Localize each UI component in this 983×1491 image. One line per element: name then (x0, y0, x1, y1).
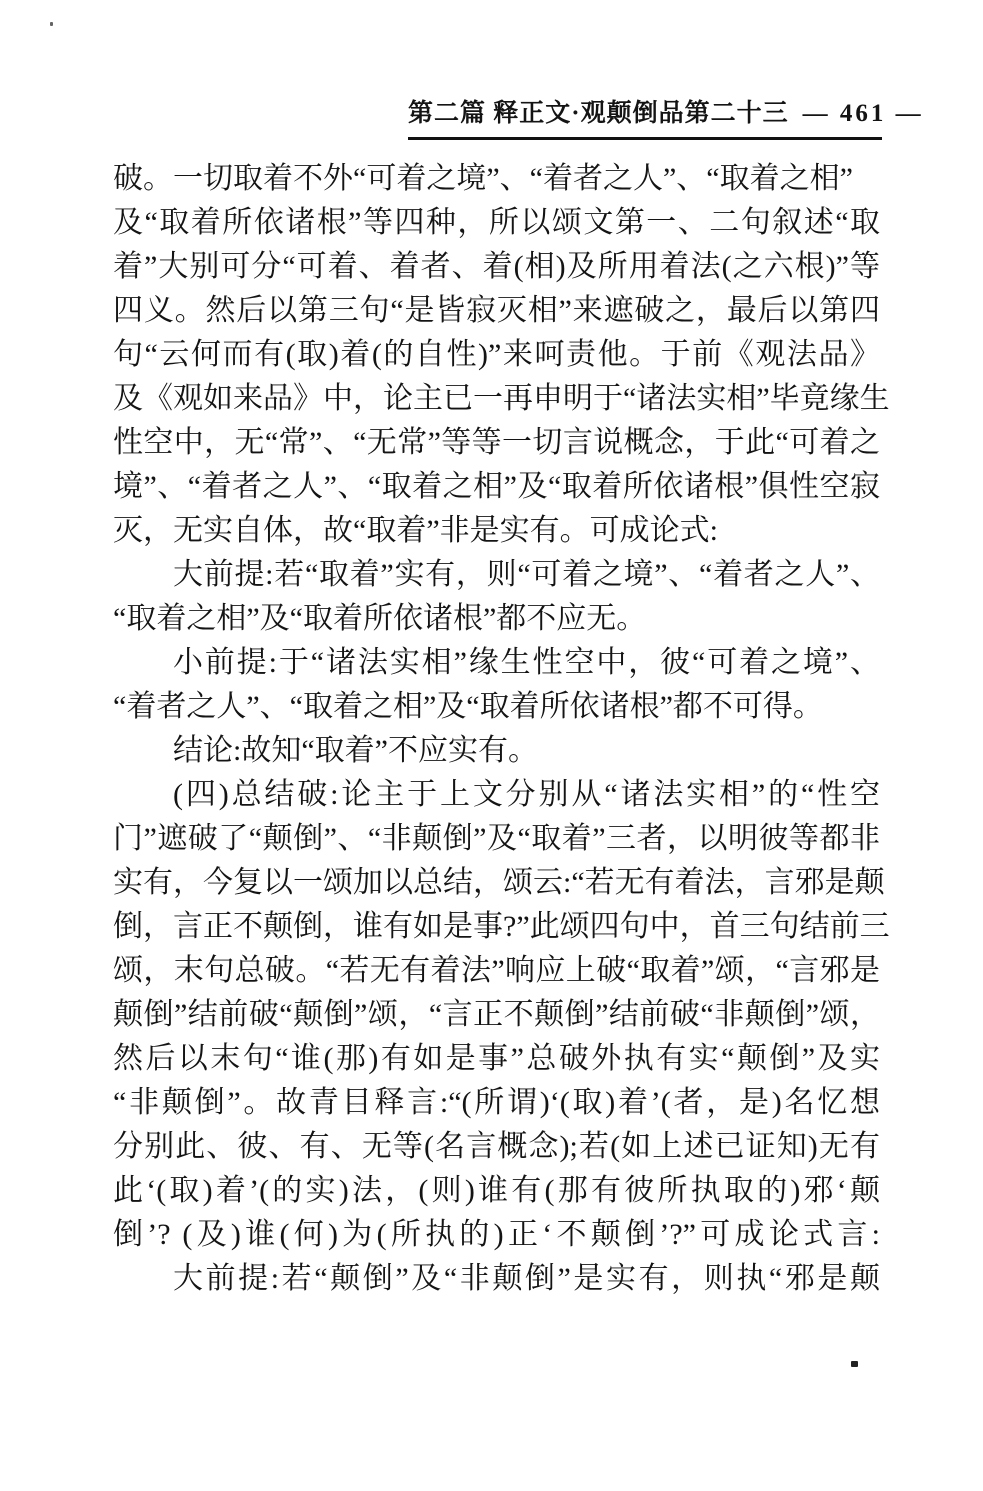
body-text: 破。一切取着不外“可着之境”、“着者之人”、“取着之相” 及“取着所依诸根”等四… (113, 157, 880, 1301)
body-line: 大前提:若“颠倒”及“非颠倒”是实有，则执“邪是颠 (113, 1257, 880, 1301)
body-line: 门”遮破了“颠倒”、“非颠倒”及“取着”三者，以明彼等都非 (113, 817, 880, 861)
scan-speck (50, 22, 53, 26)
body-line: 倒，言正不颠倒，谁有如是事?”此颂四句中，首三句结前三 (113, 905, 880, 949)
body-line: 及“取着所依诸根”等四种，所以颂文第一、二句叙述“取 (113, 201, 880, 245)
body-line: (四)总结破:论主于上文分别从“诸法实相”的“性空 (113, 773, 880, 817)
body-line: 灭，无实自体，故“取着”非是实有。可成论式: (113, 509, 880, 553)
body-line: 破。一切取着不外“可着之境”、“着者之人”、“取着之相” (113, 157, 880, 201)
body-line: 着”大别可分“可着、着者、着(相)及所用着法(之六根)”等 (113, 245, 880, 289)
body-line: “非颠倒”。故青目释言:“(所谓)‘(取)着’(者，是)名忆想 (113, 1081, 880, 1125)
body-line: 实有，今复以一颂加以总结，颂云:“若无有着法，言邪是颠 (113, 861, 880, 905)
body-line: “取着之相”及“取着所依诸根”都不应无。 (113, 597, 880, 641)
body-line: 及《观如来品》中，论主已一再申明于“诸法实相”毕竟缘生 (113, 377, 880, 421)
page-number: — 461 — (803, 100, 924, 127)
body-line: 倒’? (及)谁(何)为(所执的)正‘不颠倒’?”可成论式言: (113, 1213, 880, 1257)
body-line: 性空中，无“常”、“无常”等等一切言说概念，于此“可着之 (113, 421, 880, 465)
body-line: 颠倒”结前破“颠倒”颂，“言正不颠倒”结前破“非颠倒”颂， (113, 993, 880, 1037)
body-line: 境”、“着者之人”、“取着之相”及“取着所依诸根”俱性空寂 (113, 465, 880, 509)
body-line: 结论:故知“取着”不应实有。 (113, 729, 880, 773)
body-line: 此‘(取)着’(的实)法，(则)谁有(那有彼所执取的)邪‘颠 (113, 1169, 880, 1213)
body-line: 小前提:于“诸法实相”缘生性空中，彼“可着之境”、 (113, 641, 880, 685)
body-line: 句“云何而有(取)着(的自性)”来呵责他。于前《观法品》 (113, 333, 880, 377)
body-line: 颂，末句总破。“若无有着法”响应上破“取着”颂，“言邪是 (113, 949, 880, 993)
body-line: 大前提:若“取着”实有，则“可着之境”、“着者之人”、 (113, 553, 880, 597)
body-line: 四义。然后以第三句“是皆寂灭相”来遮破之，最后以第四 (113, 289, 880, 333)
scan-speck (851, 1361, 858, 1367)
body-line: 然后以末句“谁(那)有如是事”总破外执有实“颠倒”及实 (113, 1037, 880, 1081)
body-line: 分别此、彼、有、无等(名言概念);若(如上述已证知)无有 (113, 1125, 880, 1169)
chapter-title: 第二篇 释正文·观颠倒品第二十三 (408, 100, 789, 127)
running-header: 第二篇 释正文·观颠倒品第二十三— 461 — (408, 100, 882, 140)
book-page: 第二篇 释正文·观颠倒品第二十三— 461 — 破。一切取着不外“可着之境”、“… (0, 0, 983, 1491)
body-line: “着者之人”、“取着之相”及“取着所依诸根”都不可得。 (113, 685, 880, 729)
